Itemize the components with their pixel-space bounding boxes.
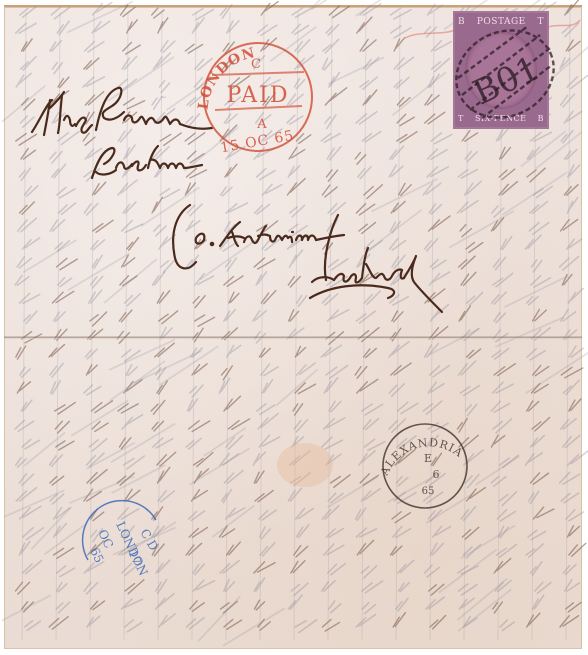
numeral-cancel-layer: B01 xyxy=(0,0,588,655)
